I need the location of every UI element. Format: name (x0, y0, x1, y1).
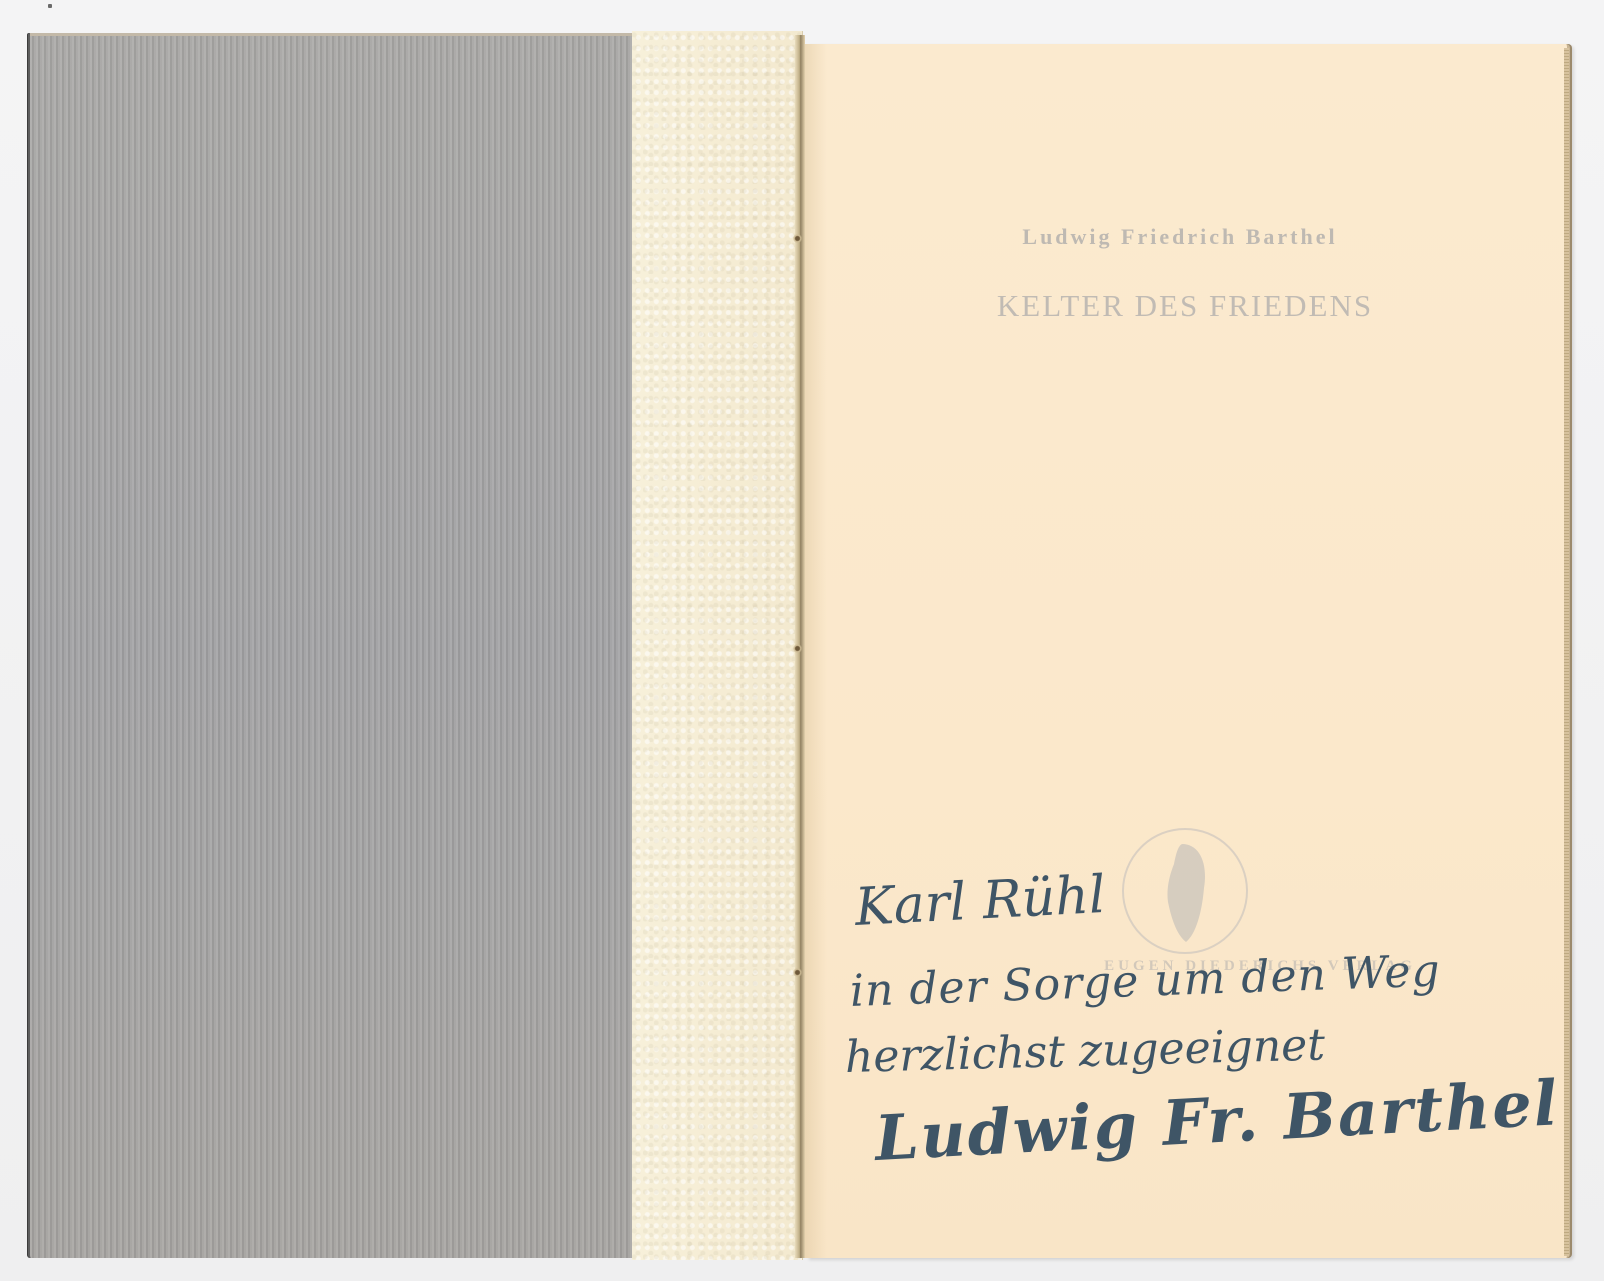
cover-top-edge (30, 33, 634, 36)
book-scene: Ludwig Friedrich Barthel KELTER DES FRIE… (0, 0, 1604, 1281)
inscription-recipient: Karl Rühl (853, 865, 1106, 938)
dust-speck (48, 4, 52, 8)
stitch-hole (793, 644, 802, 653)
endpaper-flap (632, 31, 803, 1260)
handwritten-inscription: Karl Rühl in der Sorge um den Weg herzli… (845, 870, 1535, 1200)
page-block-edge (1564, 48, 1569, 1256)
author-signature: Ludwig Fr. Barthel (873, 1066, 1561, 1175)
stitch-hole (793, 234, 802, 243)
inscription-line-2: in der Sorge um den Weg (849, 945, 1441, 1017)
inside-front-cover (28, 33, 634, 1258)
book-title: KELTER DES FRIEDENS (985, 288, 1385, 324)
author-name: Ludwig Friedrich Barthel (1000, 224, 1360, 250)
inscription-line-3: herzlichst zugeeignet (844, 1019, 1325, 1083)
stitch-hole (793, 968, 802, 977)
